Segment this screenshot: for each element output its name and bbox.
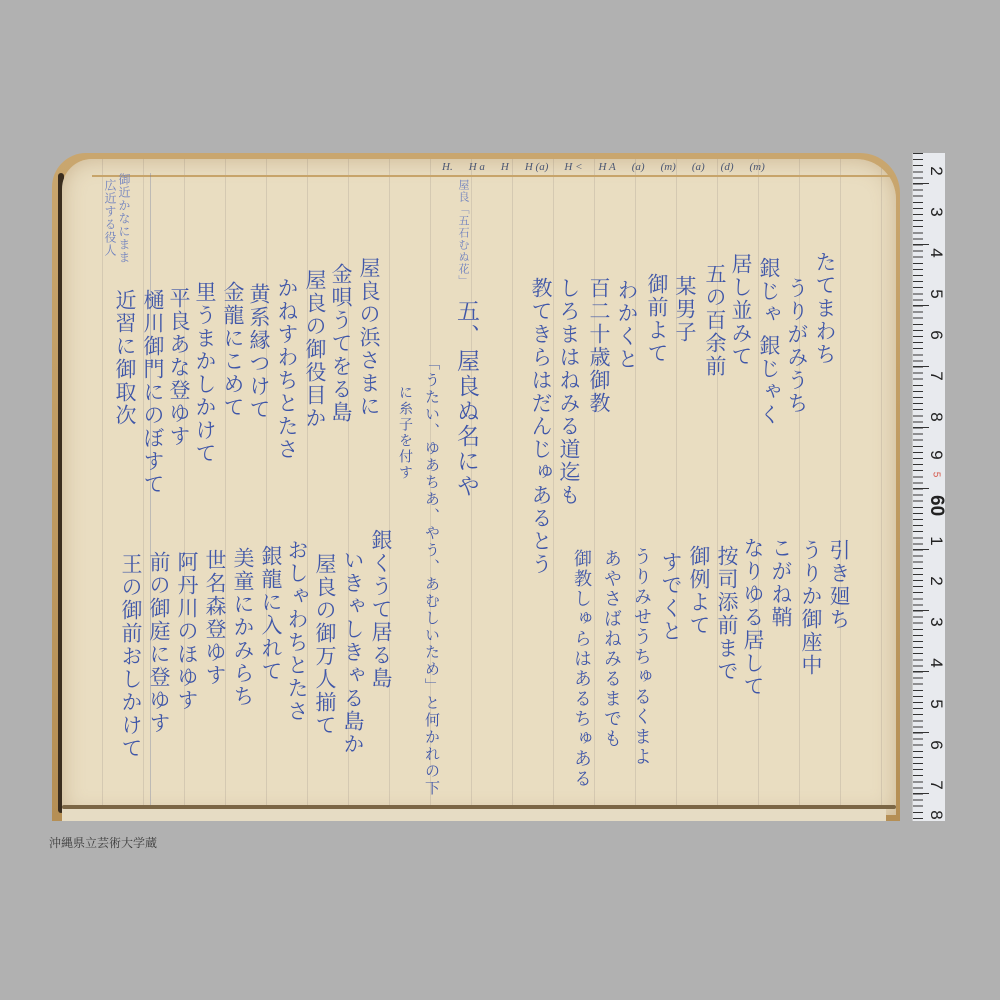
tab-mark: (d)	[721, 161, 734, 175]
song-source-note: 屋良「五石むぬ花」	[458, 179, 469, 287]
lyric-column: 樋川御門にのぼすて	[142, 289, 163, 496]
lyric-column: 美童にかみらち	[232, 547, 253, 708]
measuring-ruler: 2 3 4 5 6 7 8 9 5 60 1 2 3 4 5 6 7 8	[912, 153, 945, 821]
song-heading: 五、屋良ぬ名にや	[454, 299, 477, 499]
tab-mark: (m)	[750, 161, 765, 175]
lyric-column: 銀龍に入れて	[260, 545, 281, 683]
lyric-column: 屋良の御役目か	[304, 269, 325, 430]
margin-note: 広近する役人	[104, 179, 116, 257]
lyric-column: 金龍にこめて	[222, 281, 243, 419]
ruler-label: 7	[926, 776, 946, 794]
ruler-label: 8	[926, 408, 946, 426]
lyric-column: しろまはねみる道迄も	[558, 277, 579, 507]
lyric-column: わかくと	[616, 279, 637, 371]
tab-mark: H A	[599, 161, 616, 175]
lyric-column: すでくと	[660, 551, 681, 643]
lyric-column: 阿丹川のほゆす	[176, 551, 197, 712]
lyric-column: 屋良の浜さまに	[358, 257, 379, 418]
lyric-column: 屋良の御万人揃て	[314, 553, 335, 737]
lyric-column: 御前よて	[646, 273, 667, 365]
lyric-column: 居し並みて	[730, 253, 751, 368]
lyric-column: 五の百余前	[704, 263, 725, 378]
lyric-column: 引き廻ち	[828, 539, 849, 631]
tab-mark: (a)	[692, 161, 705, 175]
ruler-label: 5	[926, 285, 946, 303]
tab-mark: H (a)	[525, 161, 549, 175]
ruler-label: 60	[925, 495, 947, 513]
ruler-label: 6	[926, 326, 946, 344]
lyric-column: 銀くうて居る島	[370, 529, 391, 690]
ruler-label: 3	[926, 203, 946, 221]
lyric-column: 百二十歳御教	[588, 277, 609, 415]
ruler-label: 6	[926, 736, 946, 754]
lyric-column: いきゃしきゃる島か	[342, 549, 363, 756]
ruler-label: 5	[926, 695, 946, 713]
lyric-column: おしゃわちとたさ	[286, 539, 307, 723]
song-quote-note: 「うたい、ゆあちあ、やう、あむしいため」と何かれの下	[424, 355, 439, 797]
lyric-column: あやさばねみるまでも	[602, 549, 620, 749]
lyric-column: 御例よて	[688, 545, 709, 637]
lyric-column: 前の御庭に登ゆす	[148, 551, 169, 735]
ruler-label: 3	[926, 613, 946, 631]
ruler-label: 2	[926, 572, 946, 590]
lyric-column: うりがみうち	[786, 277, 807, 415]
ruler-label: 7	[926, 367, 946, 385]
lyric-column: 世名森登ゆす	[204, 549, 225, 687]
next-page-strip	[62, 809, 886, 821]
index-tab-marks: H. H a H H (a) H < H A (a) (m) (a) (d) (…	[442, 161, 882, 175]
tab-mark: (a)	[632, 161, 645, 175]
lyric-column: うりみせうちゅるくまよ	[632, 547, 650, 767]
lyric-column: 金唄うてをる島	[330, 263, 351, 424]
lyric-column: 某男子	[674, 275, 695, 344]
ruler-label: 1	[926, 532, 946, 550]
lyric-column: 黄系縁つけて	[248, 283, 269, 421]
ruler-label: 4	[926, 654, 946, 672]
margin-note: 御近かなにまま	[118, 173, 130, 264]
ruler-label: 8	[926, 806, 946, 824]
ruler-label: 4	[926, 244, 946, 262]
lyric-column: 王の御前おしかけて	[120, 553, 141, 760]
tab-mark: H <	[564, 161, 582, 175]
lyric-column: 銀じゃ 銀じゃく	[758, 257, 779, 427]
tab-mark: H a	[469, 161, 485, 175]
lyric-column: かねすわちとたさ	[276, 277, 297, 461]
tab-mark: H	[501, 161, 509, 175]
lyric-column: こがね鞘	[770, 537, 791, 629]
tab-mark: H.	[442, 161, 453, 175]
lyric-column: 按司添前まで	[716, 545, 737, 683]
lyric-column: 里うまかしかけて	[194, 281, 215, 465]
collection-credit: 沖縄県立芸術大学蔵	[49, 834, 157, 851]
tab-mark: (m)	[661, 161, 676, 175]
ruler-label: 9	[926, 446, 946, 464]
lyric-column: 教てきらはだんじゅあるとう	[530, 277, 551, 576]
notebook-spread: H. H a H H (a) H < H A (a) (m) (a) (d) (…	[52, 153, 912, 821]
ruler-label: 2	[926, 162, 946, 180]
lyric-column: なりゆる居して	[742, 537, 763, 698]
lyric-column: 御教しゅらはあるちゅある	[572, 549, 590, 789]
lyric-column: 平良あな登ゆす	[168, 287, 189, 448]
lyric-column: うりか御座中	[800, 539, 821, 677]
lyric-column: 近習に御取次	[114, 289, 135, 427]
notebook-page: H. H a H H (a) H < H A (a) (m) (a) (d) (…	[62, 159, 896, 815]
ruler-label-highlight: 5	[931, 466, 942, 484]
lyric-column: たてまわち	[814, 251, 835, 366]
side-note: に糸子を付す	[398, 385, 412, 481]
